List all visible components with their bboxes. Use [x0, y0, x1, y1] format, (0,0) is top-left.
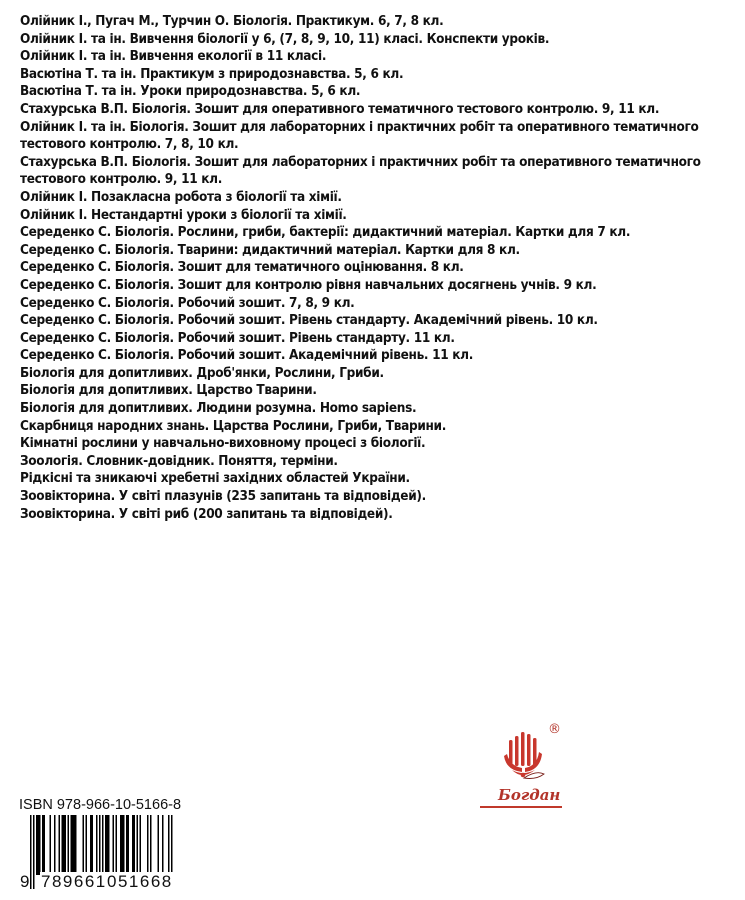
book-list: Олійник І., Пугач М., Турчин О. Біологія… [20, 13, 740, 523]
book-list-item: Стахурська В.П. Біологія. Зошит для лабо… [20, 154, 682, 172]
book-list-item: Кімнатні рослини у навчально-виховному п… [20, 435, 682, 453]
book-list-item: Олійник І. та ін. Біологія. Зошит для ла… [20, 119, 682, 137]
book-list-item: Олійник І. та ін. Вивчення екології в 11… [20, 48, 682, 66]
book-list-item: Середенко С. Біологія. Робочий зошит. Рі… [20, 312, 682, 330]
barcode-digit-first: 9 [19, 872, 30, 892]
logo-underline [480, 806, 562, 808]
isbn-label: ISBN 978-966-10-5166-8 [19, 797, 181, 813]
book-list-item: Васютіна Т. та ін. Практикум з природозн… [20, 66, 682, 84]
book-list-item: Середенко С. Біологія. Тварини: дидактич… [20, 242, 682, 260]
book-list-item: Середенко С. Біологія. Робочий зошит. 7,… [20, 295, 682, 313]
book-list-item: Васютіна Т. та ін. Уроки природознавства… [20, 83, 682, 101]
book-list-item: Біологія для допитливих. Дроб'янки, Росл… [20, 365, 682, 383]
book-list-item: Стахурська В.П. Біологія. Зошит для опер… [20, 101, 682, 119]
registered-mark: ® [548, 722, 561, 737]
book-list-item: Олійник І. Позакласна робота з біології … [20, 189, 682, 207]
barcode-digits-left: 789661 [40, 872, 108, 892]
flower-book-icon: Богдан [492, 726, 568, 808]
book-list-item: Зоовікторина. У світі плазунів (235 запи… [20, 488, 682, 506]
book-list-item: Середенко С. Біологія. Зошит для тематич… [20, 259, 682, 277]
book-list-item: Рідкісні та зникаючі хребетні західних о… [20, 470, 682, 488]
book-list-item: Середенко С. Біологія. Робочий зошит. Ак… [20, 347, 682, 365]
book-list-item: Зоологія. Словник-довідник. Поняття, тер… [20, 453, 682, 471]
book-list-item: Середенко С. Біологія. Рослини, гриби, б… [20, 224, 682, 242]
book-list-item: Біологія для допитливих. Царство Тварини… [20, 382, 682, 400]
book-list-item: Біологія для допитливих. Людини розумна.… [20, 400, 682, 418]
book-list-item: Олійник І., Пугач М., Турчин О. Біологія… [20, 13, 682, 31]
book-list-item: Середенко С. Біологія. Зошит для контрол… [20, 277, 682, 295]
book-list-item: Скарбниця народних знань. Царства Рослин… [20, 418, 682, 436]
book-list-item: тестового контролю. 7, 8, 10 кл. [20, 136, 682, 154]
barcode-digits-right: 051668 [106, 872, 174, 892]
book-list-item: Олійник І. та ін. Вивчення біології у 6,… [20, 31, 682, 49]
book-list-item: Зоовікторина. У світі риб (200 запитань … [20, 506, 682, 524]
book-list-item: Середенко С. Біологія. Робочий зошит. Рі… [20, 330, 682, 348]
book-list-item: Олійник І. Нестандартні уроки з біології… [20, 207, 682, 225]
book-list-item: тестового контролю. 9, 11 кл. [20, 171, 682, 189]
publisher-name: Богдан [497, 786, 560, 804]
publisher-logo: Богдан ® [492, 726, 568, 808]
